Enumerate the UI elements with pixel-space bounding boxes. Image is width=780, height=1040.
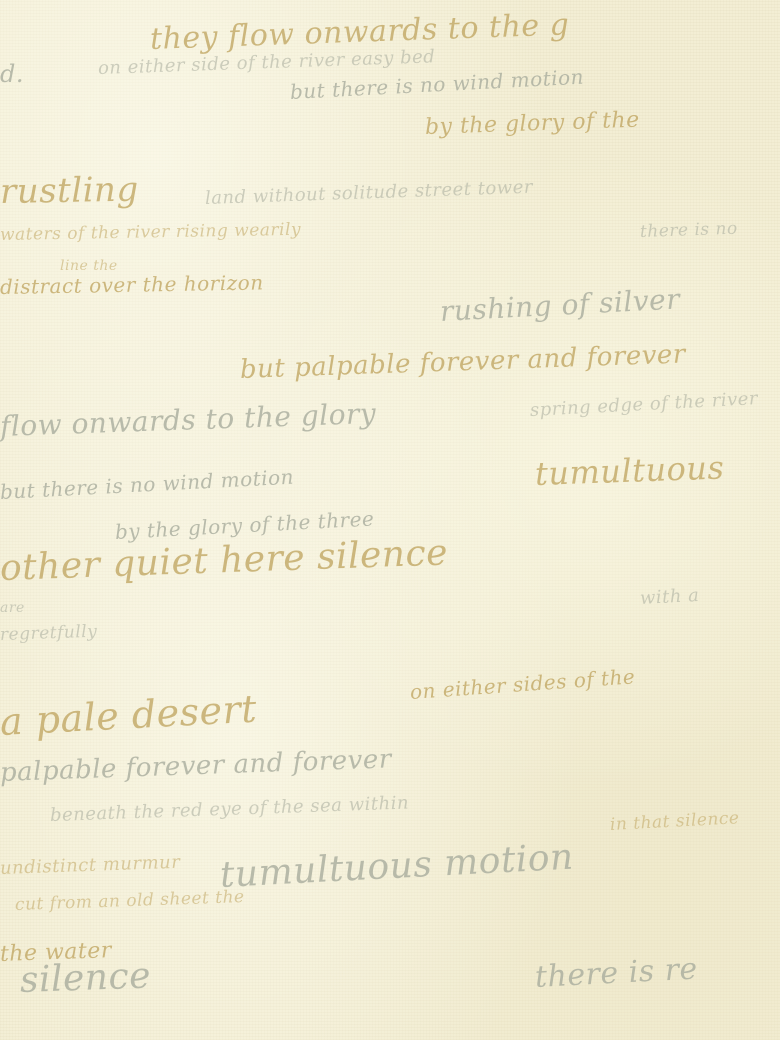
handwritten-line: line the <box>60 258 118 274</box>
handwritten-line: rustling <box>0 170 139 212</box>
handwritten-line: distract over the horizon <box>0 270 264 299</box>
handwritten-line: d. <box>0 60 24 88</box>
handwritten-line: with a <box>639 585 699 609</box>
handwritten-line: regretfully <box>0 622 98 645</box>
handwritten-line: are <box>0 600 25 616</box>
handwritten-line: silence <box>19 955 151 1001</box>
handwritten-line: there is no <box>640 219 738 242</box>
handwritten-line: tumultuous <box>534 448 725 493</box>
